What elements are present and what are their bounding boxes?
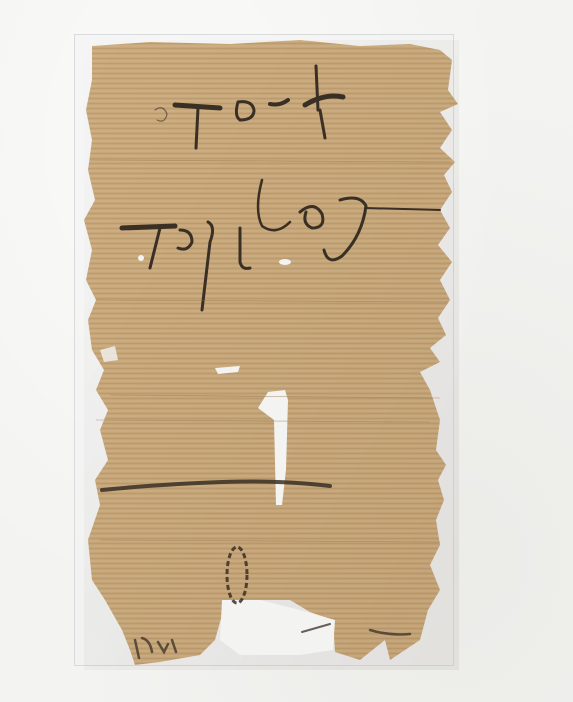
- papyrus-body: [84, 40, 459, 670]
- papyrus-fragment: [0, 0, 573, 702]
